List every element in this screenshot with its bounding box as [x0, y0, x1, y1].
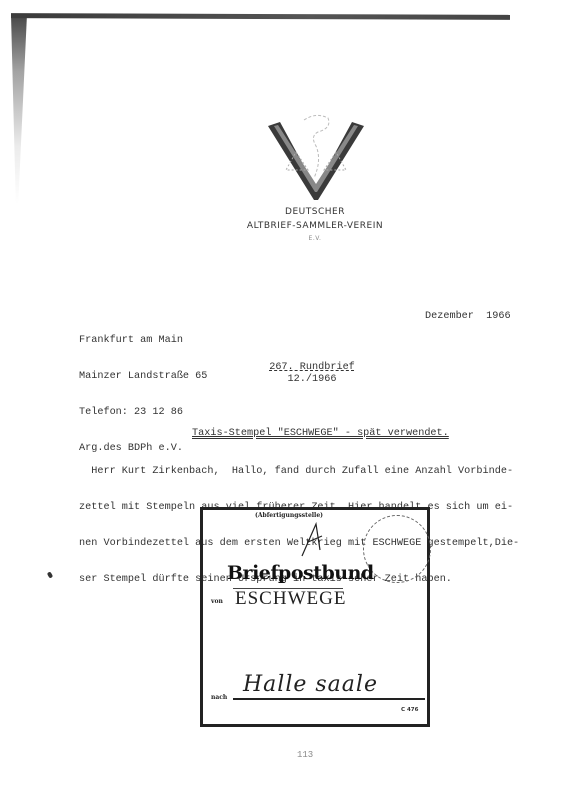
issue-heading: 267. Rundbrief 12./1966 [257, 362, 367, 386]
letterhead-line-2: ALTBRIEF-SAMMLER-VEREIN [200, 221, 430, 231]
letterhead-line-3: E.V. [200, 235, 430, 242]
handwritten-mark-icon [298, 520, 328, 560]
scan-speck [47, 571, 53, 578]
destination-handwritten: Halle saale [243, 672, 378, 697]
letter-date: Dezember 1966 [425, 311, 511, 323]
address-line: Telefon: 23 12 86 [79, 407, 207, 419]
address-line: Mainzer Landstraße 65 [79, 371, 207, 383]
form-caption: (Abfertigungsstelle) [255, 512, 323, 519]
address-line: Frankfurt am Main [79, 335, 207, 347]
issue-number: 12./1966 [257, 374, 367, 386]
to-label: nach [211, 694, 227, 701]
bdph-v-emblem-icon [266, 112, 366, 202]
letterhead-line-1: DEUTSCHER [200, 207, 430, 217]
form-title: Briefpostbund [227, 562, 374, 584]
page-number: 113 [297, 749, 313, 761]
destination-underline [233, 698, 425, 700]
issue-title: 267. Rundbrief [257, 362, 367, 374]
from-label: von [211, 598, 223, 605]
briefpostbund-label-image: (Abfertigungsstelle) Briefpostbund von E… [200, 507, 430, 727]
left-scan-shadow [11, 14, 27, 204]
top-border-rule [11, 13, 510, 20]
body-line: Herr Kurt Zirkenbach, Hallo, fand durch … [79, 466, 519, 478]
form-code: C 476 [401, 707, 418, 713]
article-subject: Taxis-Stempel "ESCHWEGE" - spät verwende… [192, 428, 449, 440]
origin-stamp: ESCHWEGE [235, 588, 346, 610]
